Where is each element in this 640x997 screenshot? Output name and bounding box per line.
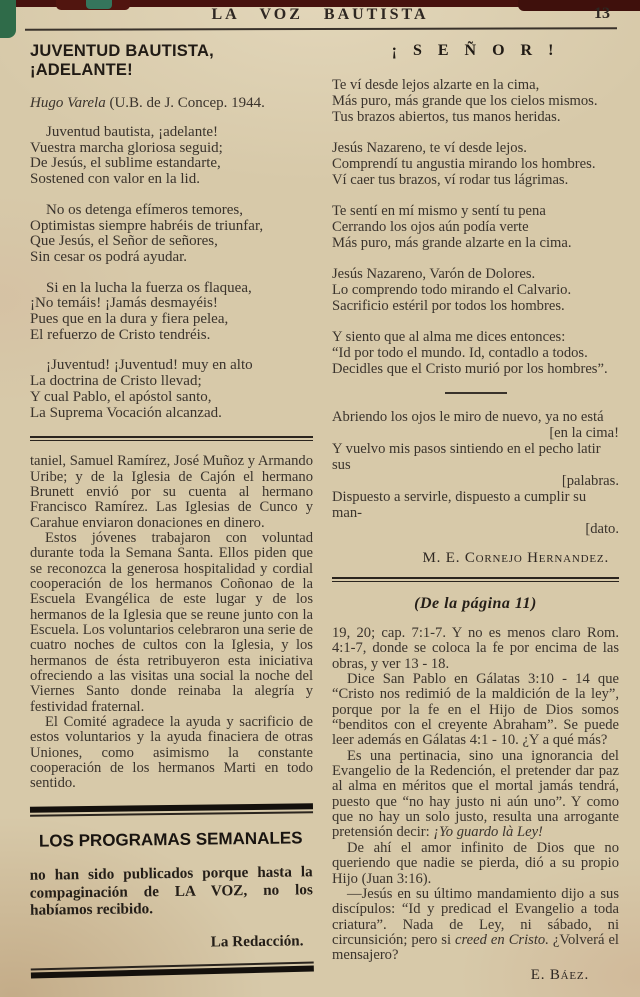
double-rule	[30, 436, 313, 441]
poem-line: Decidles que el Cristo murió por los hom…	[332, 361, 619, 377]
article-paragraph: 19, 20; cap. 7:1-7. Y no es menos claro …	[332, 626, 619, 672]
poem-line: ¡Juventud! ¡Juventud! muy en alto	[30, 358, 313, 374]
poem-line: Más puro, más grande alzarte en la cima.	[332, 235, 619, 251]
poem-stanza: ¡Juventud! ¡Juventud! muy en alto La doc…	[30, 358, 313, 421]
article-paragraph: El Comité agradece la ayuda y sacrificio…	[30, 715, 313, 792]
article-paragraph: De ahí el amor infinito de Dios que no q…	[332, 841, 619, 887]
article-paragraph: —Jesús en su último mandamiento dijo a s…	[332, 887, 619, 964]
article-paragraph: Estos jóvenes trabajaron con voluntad du…	[30, 531, 313, 715]
poem-line: Jesús Nazareno, Varón de Dolores.	[332, 266, 619, 282]
poem-line: Sin cesar os podrá ayudar.	[30, 250, 313, 266]
poem-line: Si en la lucha la fuerza os flaquea,	[30, 281, 313, 297]
right-column: ¡ S E Ñ O R ! Te ví desde lejos alzarte …	[332, 40, 619, 993]
byline-note: (U.B. de J. Concep. 1944.	[109, 95, 264, 111]
poem-line: Tus brazos abiertos, tus manos heridas.	[332, 109, 619, 125]
poem-line: Cerrando los ojos aún podía verte	[332, 219, 619, 235]
notice-block: LOS PROGRAMAS SEMANALES no han sido publ…	[29, 829, 314, 976]
poem-line: Dispuesto a servirle, dispuesto a cumpli…	[332, 489, 619, 521]
poem-stanza: Y siento que al alma me dices entonces: …	[332, 329, 619, 377]
poem-title-senor: ¡ S E Ñ O R !	[332, 42, 619, 60]
scanned-page: { "colors": { "paper": "#d7c9a9", "ink":…	[0, 0, 640, 997]
article-paragraph: taniel, Samuel Ramírez, José Muñoz y Arm…	[30, 454, 313, 531]
poem-stanza: Te sentí en mí mismo y sentí tu pena Cer…	[332, 203, 619, 251]
thick-rule-bottom	[31, 961, 314, 977]
poem-line: Jesús Nazareno, te ví desde lejos.	[332, 140, 619, 156]
article-paragraph: Es una pertinacia, sino una ignorancia d…	[332, 749, 619, 841]
poem-final-stanza: Abriendo los ojos le miro de nuevo, ya n…	[332, 409, 619, 537]
poem-stanza: Juventud bautista, ¡adelante! Vuestra ma…	[30, 125, 313, 188]
poem-line: Que Jesús, el Señor de señores,	[30, 234, 313, 250]
notice-signature: La Redacción.	[30, 932, 303, 953]
article-paragraph: Dice San Pablo en Gálatas 3:10 - 14 que …	[332, 672, 619, 749]
poem-line-overflow: [dato.	[332, 521, 619, 537]
poem-line: Abriendo los ojos le miro de nuevo, ya n…	[332, 409, 619, 425]
notice-title: LOS PROGRAMAS SEMANALES	[29, 829, 312, 852]
poem-stanza: Te ví desde lejos alzarte en la cima, Má…	[332, 77, 619, 125]
poem-signature: M. E. Cornejo Hernandez.	[332, 550, 619, 567]
poem-line: Optimistas siempre habréis de triunfar,	[30, 219, 313, 235]
poem-line: Ví caer tus brazos, ví rodar tus lágrima…	[332, 172, 619, 188]
poem-line: Te sentí en mí mismo y sentí tu pena	[332, 203, 619, 219]
poem-line: Sacrificio estéril por todos los hombres…	[332, 298, 619, 314]
poem-line: Pues que en la dura y fiera pelea,	[30, 312, 313, 328]
poem-line: La doctrina de Cristo llevad;	[30, 374, 313, 390]
paragraph-italic-phrase: creed en Cristo.	[455, 932, 549, 948]
poem-line: El refuerzo de Cristo tendréis.	[30, 328, 313, 344]
left-column: JUVENTUD BAUTISTA, ¡ADELANTE! Hugo Varel…	[30, 40, 313, 974]
continued-article-title: (De la página 11)	[332, 595, 619, 613]
byline: Hugo Varela (U.B. de J. Concep. 1944.	[30, 95, 313, 112]
poem-line: ¡No temáis! ¡Jamás desmayéis!	[30, 296, 313, 312]
poem-stanza: Jesús Nazareno, te ví desde lejos. Compr…	[332, 140, 619, 188]
masthead-title: LA VOZ BAUTISTA	[0, 6, 640, 24]
byline-author: Hugo Varela	[30, 95, 106, 111]
poem-stanza: Si en la lucha la fuerza os flaquea, ¡No…	[30, 281, 313, 344]
poem-line: Sostened con valor en la lid.	[30, 172, 313, 188]
poem-line: Más puro, más grande que los cielos mism…	[332, 93, 619, 109]
poem-line: Comprendí tu angustia mirando los hombre…	[332, 156, 619, 172]
poem-line: Juventud bautista, ¡adelante!	[30, 125, 313, 141]
poem-line: “Id por todo el mundo. Id, contadlo a to…	[332, 345, 619, 361]
poem-line-overflow: [palabras.	[332, 473, 619, 489]
poem-line: No os detenga efímeros temores,	[30, 203, 313, 219]
paragraph-italic-phrase: ¡Yo guardo là Ley!	[433, 824, 543, 840]
poem-line-overflow: [en la cima!	[332, 425, 619, 441]
poem-stanza: No os detenga efímeros temores, Optimist…	[30, 203, 313, 266]
thick-rule-top	[30, 803, 313, 816]
poem-line: Vuestra marcha gloriosa seguid;	[30, 141, 313, 157]
notice-body: no han sido publicados porque hasta la c…	[30, 864, 314, 920]
poem-line: Y siento que al alma me dices entonces:	[332, 329, 619, 345]
short-divider-rule	[445, 392, 507, 394]
poem-line: La Suprema Vocación alcanzad.	[30, 406, 313, 422]
poem-line: Te ví desde lejos alzarte en la cima,	[332, 77, 619, 93]
article-title-juventud: JUVENTUD BAUTISTA, ¡ADELANTE!	[30, 42, 313, 80]
poem-line: Y cual Pablo, el apóstol santo,	[30, 390, 313, 406]
page-number: 13	[594, 5, 610, 23]
article-signature: E. Báez.	[332, 967, 619, 984]
header-rule	[25, 27, 617, 31]
double-rule	[332, 577, 619, 582]
poem-stanza: Jesús Nazareno, Varón de Dolores. Lo com…	[332, 266, 619, 314]
poem-line: De Jesús, el sublime estandarte,	[30, 156, 313, 172]
poem-line: Lo comprendo todo mirando el Calvario.	[332, 282, 619, 298]
poem-line: Y vuelvo mis pasos sintiendo en el pecho…	[332, 441, 619, 473]
